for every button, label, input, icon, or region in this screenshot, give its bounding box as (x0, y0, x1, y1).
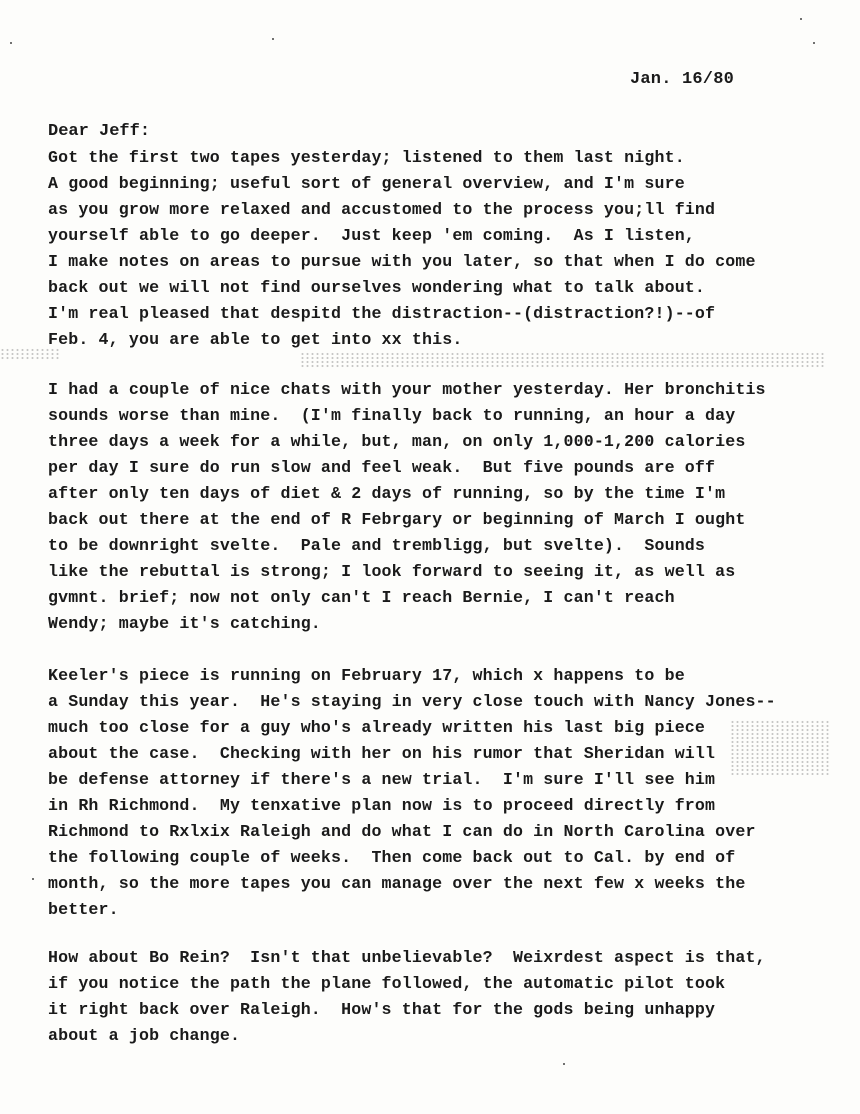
letter-line: Keeler's piece is running on February 17… (48, 663, 776, 689)
typed-letter-page: Jan. 16/80 Dear Jeff: Got the first two … (0, 0, 860, 1114)
letter-line: gvmnt. brief; now not only can't I reach… (48, 585, 766, 611)
letter-salutation: Dear Jeff: (48, 122, 150, 141)
letter-line: about a job change. (48, 1023, 766, 1049)
letter-line: Wendy; maybe it's catching. (48, 611, 766, 637)
letter-paragraph: Got the first two tapes yesterday; liste… (48, 145, 756, 353)
letter-line: I make notes on areas to pursue with you… (48, 249, 756, 275)
letter-line: back out there at the end of R Febrgary … (48, 507, 766, 533)
letter-line: How about Bo Rein? Isn't that unbelievab… (48, 945, 766, 971)
letter-line: Feb. 4, you are able to get into xx this… (48, 327, 756, 353)
letter-line: A good beginning; useful sort of general… (48, 171, 756, 197)
letter-paragraph: Keeler's piece is running on February 17… (48, 663, 776, 923)
scan-dot (32, 878, 34, 880)
letter-line: three days a week for a while, but, man,… (48, 429, 766, 455)
letter-line: better. (48, 897, 776, 923)
letter-line: if you notice the path the plane followe… (48, 971, 766, 997)
letter-line: as you grow more relaxed and accustomed … (48, 197, 756, 223)
letter-line: Got the first two tapes yesterday; liste… (48, 145, 756, 171)
scan-dot (272, 38, 274, 40)
letter-line: in Rh Richmond. My tenxative plan now is… (48, 793, 776, 819)
letter-line: per day I sure do run slow and feel weak… (48, 455, 766, 481)
letter-line: like the rebuttal is strong; I look forw… (48, 559, 766, 585)
letter-line: about the case. Checking with her on his… (48, 741, 776, 767)
letter-line: yourself able to go deeper. Just keep 'e… (48, 223, 756, 249)
letter-line: be defense attorney if there's a new tri… (48, 767, 776, 793)
letter-date: Jan. 16/80 (630, 70, 734, 89)
letter-line: a Sunday this year. He's staying in very… (48, 689, 776, 715)
letter-line: to be downright svelte. Pale and trembli… (48, 533, 766, 559)
letter-paragraph: How about Bo Rein? Isn't that unbelievab… (48, 945, 766, 1049)
letter-line: much too close for a guy who's already w… (48, 715, 776, 741)
letter-line: month, so the more tapes you can manage … (48, 871, 776, 897)
letter-line: it right back over Raleigh. How's that f… (48, 997, 766, 1023)
letter-line: Richmond to Rxlxix Raleigh and do what I… (48, 819, 776, 845)
letter-line: sounds worse than mine. (I'm finally bac… (48, 403, 766, 429)
letter-paragraph: I had a couple of nice chats with your m… (48, 377, 766, 637)
scan-dot (800, 18, 802, 20)
scan-dot (813, 42, 815, 44)
letter-line: back out we will not find ourselves wond… (48, 275, 756, 301)
scan-dot (563, 1063, 565, 1065)
letter-line: I'm real pleased that despitd the distra… (48, 301, 756, 327)
letter-line: I had a couple of nice chats with your m… (48, 377, 766, 403)
letter-line: the following couple of weeks. Then come… (48, 845, 776, 871)
scan-dot (10, 42, 12, 44)
scan-noise-band (300, 352, 825, 368)
letter-line: after only ten days of diet & 2 days of … (48, 481, 766, 507)
